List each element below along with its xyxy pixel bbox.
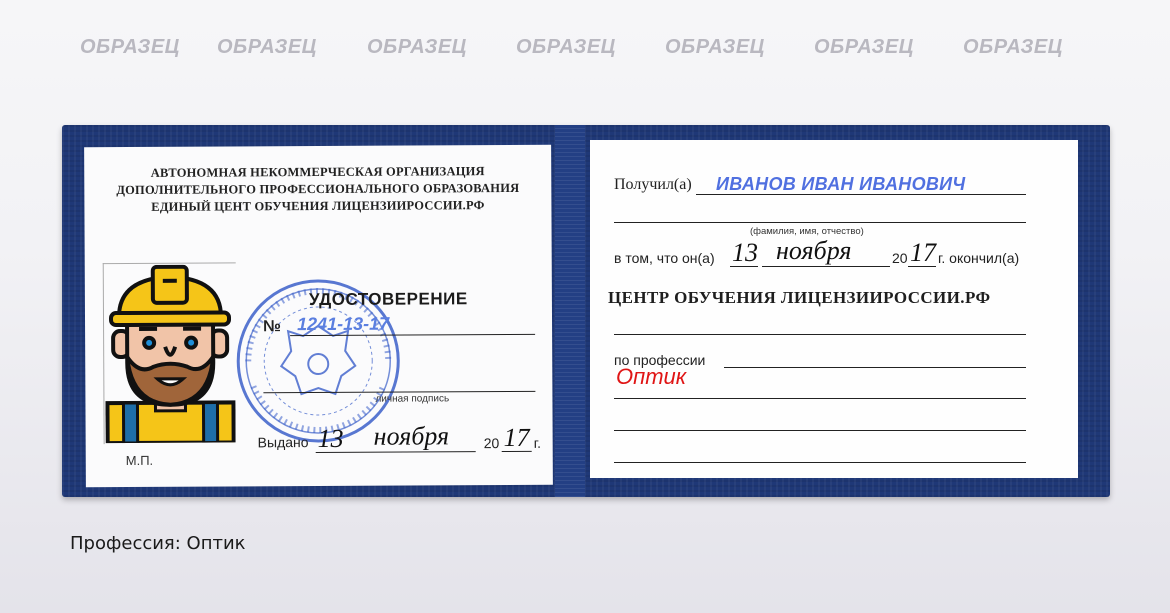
document-title: УДОСТОВЕРЕНИЕ (309, 289, 468, 310)
blank-line (614, 430, 1026, 431)
blank-line (614, 462, 1026, 463)
issued-year-suffix: 17 (504, 423, 530, 453)
completion-month-underline (762, 266, 890, 267)
certificate-right-page: Получил(а) ИВАНОВ ИВАН ИВАНОВИЧ (фамилия… (590, 140, 1078, 478)
year-abbr: г. (534, 435, 541, 451)
issued-year-prefix: 20 (484, 435, 500, 451)
worker-avatar-photo (105, 264, 236, 443)
received-label: Получил(а) (614, 176, 692, 194)
completion-year-underline (908, 266, 936, 267)
completion-year-suffix: 17 (910, 238, 936, 268)
institution-underline (614, 334, 1026, 335)
watermark-text: ОБРАЗЕЦ (665, 36, 765, 59)
certificate-number: 1241-13-17 (297, 314, 389, 335)
completion-day: 13 (732, 238, 758, 268)
recipient-full-name: ИВАНОВ ИВАН ИВАНОВИЧ (716, 174, 965, 195)
issued-date-underline (316, 451, 476, 453)
org-line: ЕДИНЫЙ ЦЕНТ ОБУЧЕНИЯ ЛИЦЕНЗИИРОССИИ.РФ (84, 197, 551, 216)
watermark-text: ОБРАЗЕЦ (217, 36, 317, 59)
number-label: № (263, 318, 281, 336)
watermark-text: ОБРАЗЕЦ (367, 36, 467, 59)
certificate-left-page: АВТОНОМНАЯ НЕКОММЕРЧЕСКАЯ ОРГАНИЗАЦИЯ ДО… (84, 145, 553, 487)
number-underline (290, 334, 535, 336)
name-underline (696, 194, 1026, 195)
completion-suffix: г. окончил(а) (938, 250, 1019, 266)
profession-caption: Профессия: Оптик (70, 533, 246, 554)
issued-year-underline (502, 451, 532, 452)
issued-month: ноября (374, 421, 450, 451)
seal-place-label: М.П. (126, 453, 153, 468)
watermark-text: ОБРАЗЕЦ (963, 36, 1063, 59)
organization-header: АВТОНОМНАЯ НЕКОММЕРЧЕСКАЯ ОРГАНИЗАЦИЯ ДО… (84, 163, 551, 216)
watermark-text: ОБРАЗЕЦ (814, 36, 914, 59)
cover-spine (555, 125, 585, 497)
completion-month: ноября (776, 236, 851, 266)
name-underline-2 (614, 222, 1026, 223)
profession-underline (724, 367, 1026, 368)
issued-label: Выдано (258, 434, 309, 450)
watermark-text: ОБРАЗЕЦ (516, 36, 616, 59)
completion-day-underline (730, 266, 758, 267)
institution-name: ЦЕНТР ОБУЧЕНИЯ ЛИЦЕНЗИИРОССИИ.РФ (608, 288, 990, 308)
watermark-row: ОБРАЗЕЦ ОБРАЗЕЦ ОБРАЗЕЦ ОБРАЗЕЦ ОБРАЗЕЦ … (0, 36, 1170, 66)
completion-prefix: в том, что он(а) (614, 250, 715, 266)
watermark-text: ОБРАЗЕЦ (80, 36, 180, 59)
profession-value: Оптик (616, 364, 686, 390)
signature-label: личная подпись (375, 393, 449, 404)
issued-day: 13 (318, 424, 344, 454)
blank-line (614, 398, 1026, 399)
completion-year-prefix: 20 (892, 250, 908, 266)
